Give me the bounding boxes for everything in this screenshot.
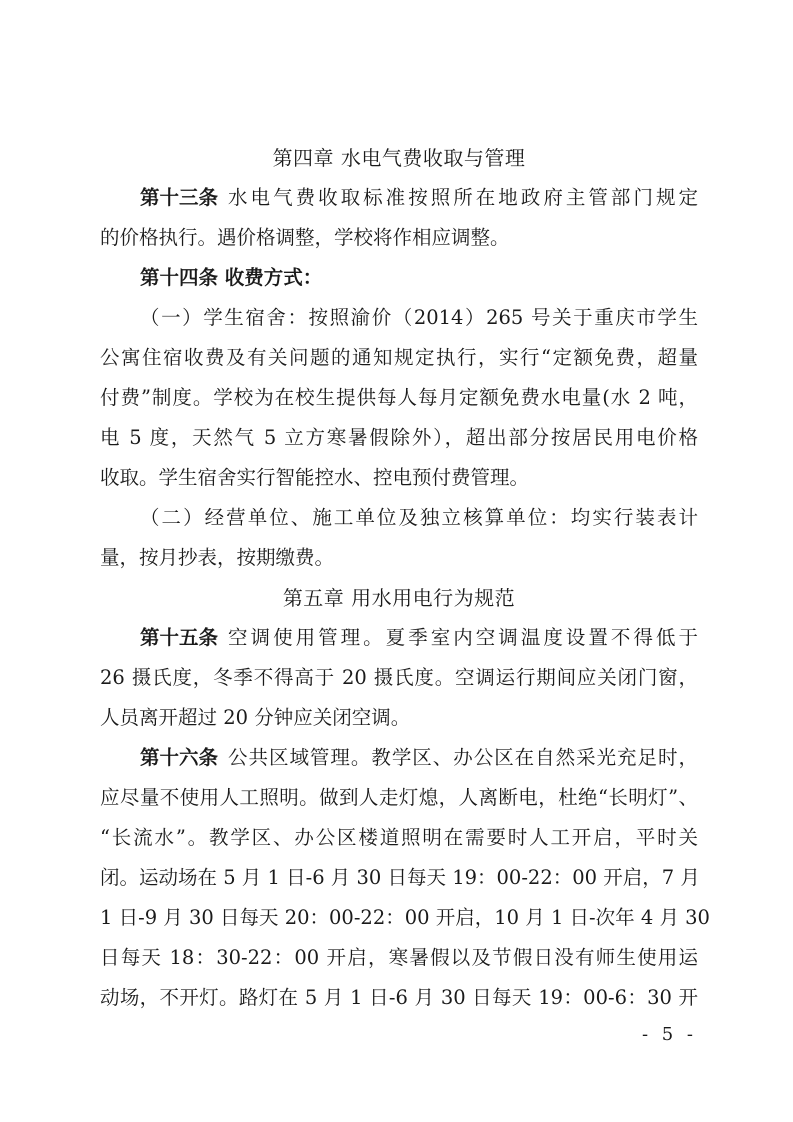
article-13-label: 第十三条 [140,184,218,224]
article-16-text-7: 动场，不开灯。路灯在 5 月 1 日-6 月 30 日每天 19：00-6：30… [100,984,698,1024]
document-page: 第四章 水电气费收取与管理 第十三条 水电气费收取标准按照所在地政府主管部门规定… [100,144,698,1024]
article-13-text-2: 的价格执行。遇价格调整，学校将作相应调整。 [100,224,510,264]
article-16-line-3: “长流水”。教学区、办公区楼道照明在需要时人工开启，平时关 [100,824,698,864]
article-14-item-2-line-1: （二）经营单位、施工单位及独立核算单位：均实行装表计 [100,504,698,544]
article-15-text-2: 26 摄氏度，冬季不得高于 20 摄氏度。空调运行期间应关闭门窗， [100,664,698,704]
article-14-item-1-line-2: 公寓住宿收费及有关问题的通知规定执行，实行“定额免费，超量 [100,344,698,384]
article-14-label: 第十四条 收费方式： [140,264,322,304]
article-16-line-1: 第十六条 公共区域管理。教学区、办公区在自然采光充足时， [100,744,698,784]
article-16-text-5: 1 日-9 月 30 日每天 20：00-22：00 开启，10 月 1 日-次… [100,904,710,944]
chapter-5-title: 第五章 用水用电行为规范 [283,584,515,612]
article-15-line-3: 人员离开超过 20 分钟应关闭空调。 [100,704,698,744]
article-14-item-1-text-4: 电 5 度，天然气 5 立方寒暑假除外），超出部分按居民用电价格 [100,424,698,464]
article-16-text-3: “长流水”。教学区、办公区楼道照明在需要时人工开启，平时关 [100,824,698,864]
article-16-text-4: 闭。运动场在 5 月 1 日-6 月 30 日每天 19：00-22：00 开启… [100,864,700,904]
article-16-line-5: 1 日-9 月 30 日每天 20：00-22：00 开启，10 月 1 日-次… [100,904,698,944]
article-14-item-1-text-3: 付费”制度。学校为在校生提供每人每月定额免费水电量(水 2 吨， [100,384,698,424]
article-16-text-1: 公共区域管理。教学区、办公区在自然采光充足时， [228,744,698,784]
article-14-item-1-line-3: 付费”制度。学校为在校生提供每人每月定额免费水电量(水 2 吨， [100,384,698,424]
article-14-item-2-text-2: 量，按月抄表，按期缴费。 [100,544,334,584]
article-15-text-1: 空调使用管理。夏季室内空调温度设置不得低于 [228,624,698,664]
article-13-line-1: 第十三条 水电气费收取标准按照所在地政府主管部门规定 [100,184,698,224]
article-14-item-1-line-5: 收取。学生宿舍实行智能控水、控电预付费管理。 [100,464,698,504]
chapter-4-heading: 第四章 水电气费收取与管理 [100,144,698,184]
article-15-text-3: 人员离开超过 20 分钟应关闭空调。 [100,704,410,744]
page-number: - 5 - [642,1024,697,1045]
article-16-line-6: 日每天 18：30-22：00 开启，寒暑假以及节假日没有师生使用运 [100,944,698,984]
article-13-text-1: 水电气费收取标准按照所在地政府主管部门规定 [228,184,698,224]
article-16-text-2: 应尽量不使用人工照明。做到人走灯熄，人离断电，杜绝“长明灯”、 [100,784,698,824]
article-15-line-1: 第十五条 空调使用管理。夏季室内空调温度设置不得低于 [100,624,698,664]
article-16-line-2: 应尽量不使用人工照明。做到人走灯熄，人离断电，杜绝“长明灯”、 [100,784,698,824]
article-15-line-2: 26 摄氏度，冬季不得高于 20 摄氏度。空调运行期间应关闭门窗， [100,664,698,704]
article-14-item-1-text-2: 公寓住宿收费及有关问题的通知规定执行，实行“定额免费，超量 [100,344,698,384]
chapter-4-title: 第四章 水电气费收取与管理 [273,144,526,172]
article-14-item-2-text-1: （二）经营单位、施工单位及独立核算单位：均实行装表计 [140,504,698,544]
article-14-item-1-text-5: 收取。学生宿舍实行智能控水、控电预付费管理。 [100,464,529,504]
article-14-item-1-line-4: 电 5 度，天然气 5 立方寒暑假除外），超出部分按居民用电价格 [100,424,698,464]
article-14-item-1-line-1: （一）学生宿舍：按照渝价（2014）265 号关于重庆市学生 [100,304,698,344]
article-16-text-6: 日每天 18：30-22：00 开启，寒暑假以及节假日没有师生使用运 [100,944,698,984]
article-16-line-7: 动场，不开灯。路灯在 5 月 1 日-6 月 30 日每天 19：00-6：30… [100,984,698,1024]
article-16-line-4: 闭。运动场在 5 月 1 日-6 月 30 日每天 19：00-22：00 开启… [100,864,698,904]
article-14-heading: 第十四条 收费方式： [100,264,698,304]
article-14-item-1-text-1: （一）学生宿舍：按照渝价（2014）265 号关于重庆市学生 [140,304,698,344]
article-14-item-2-line-2: 量，按月抄表，按期缴费。 [100,544,698,584]
chapter-5-heading: 第五章 用水用电行为规范 [100,584,698,624]
article-13-line-2: 的价格执行。遇价格调整，学校将作相应调整。 [100,224,698,264]
article-15-label: 第十五条 [140,624,218,664]
article-16-label: 第十六条 [140,744,218,784]
